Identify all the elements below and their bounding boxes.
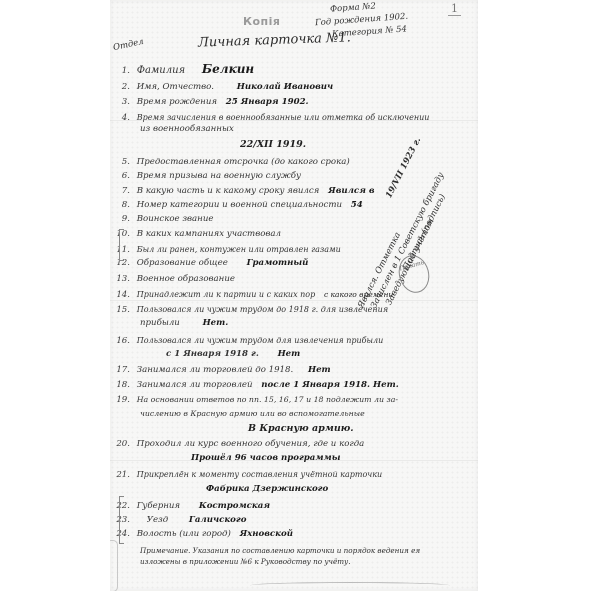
field-answer: Нет. bbox=[203, 318, 229, 328]
field-number: 15. bbox=[110, 305, 130, 316]
field-number: 13. bbox=[110, 274, 130, 285]
field-row-16: 16. Пользовался ли чужим трудом для извл… bbox=[110, 335, 478, 347]
field-answer: Белкин bbox=[202, 62, 254, 76]
field-answer: Костромская bbox=[199, 501, 270, 511]
field-answer: Нет bbox=[308, 365, 331, 375]
field-answer: Фабрика Дзержинского bbox=[206, 484, 328, 494]
field-answer: Грамотный bbox=[247, 258, 309, 268]
field-row-20-answer: Прошёл 96 часов программы bbox=[110, 453, 478, 464]
field-number: 5. bbox=[110, 157, 130, 168]
field-number: 4. bbox=[110, 113, 130, 124]
field-row-3: 3. Время рождения 25 Января 1902. bbox=[110, 97, 478, 108]
page-corner-number: 1 bbox=[448, 2, 461, 16]
field-number: 1. bbox=[110, 66, 130, 77]
field-answer: Явился в bbox=[328, 186, 374, 196]
field-number: 2. bbox=[110, 82, 130, 93]
document-title: Личная карточка №1. bbox=[198, 30, 351, 50]
field-question: Проходил ли курс военного обучения, где … bbox=[137, 439, 365, 449]
field-question: Принадлежит ли к партии и с каких пор bbox=[137, 290, 316, 299]
field-question: Занимался ли торговлей до 1918. bbox=[137, 365, 294, 375]
field-row-4: 4. Время зачисления в военнообязанные ил… bbox=[110, 112, 478, 124]
header-note-form: Форма №2 bbox=[330, 1, 376, 14]
field-question: Военное образование bbox=[137, 274, 235, 284]
field-question: Время рождения bbox=[137, 97, 217, 107]
field-question: Время призыва на военную службу bbox=[137, 171, 301, 181]
field-question: Пользовался ли чужим трудом до 1918 г. д… bbox=[137, 305, 388, 314]
field-number: 18. bbox=[110, 380, 130, 391]
field-question: Фамилия bbox=[137, 65, 185, 76]
field-row-15-continuation: прибыли Нет. bbox=[110, 318, 478, 329]
field-question: На основании ответов по пп. 15, 16, 17 и… bbox=[137, 395, 398, 404]
field-question: Прикреплён к моменту составления учётной… bbox=[137, 470, 382, 479]
field-number: 16. bbox=[110, 336, 130, 347]
field-question: Номер категории и военной специальности bbox=[137, 200, 342, 210]
field-row-17: 17. Занимался ли торговлей до 1918. Нет bbox=[110, 365, 478, 376]
field-number: 7. bbox=[110, 186, 130, 197]
field-row-6: 6. Время призыва на военную службу bbox=[110, 171, 478, 182]
field-answer: Николай Иванович bbox=[237, 82, 333, 92]
field-row-15: 15. Пользовался ли чужим трудом до 1918 … bbox=[110, 304, 478, 316]
scanned-document-page: Копія 1 Форма №2 Год рождения 1902. Кате… bbox=[110, 0, 478, 591]
field-answer: Яхновской bbox=[240, 529, 293, 539]
field-question-continuation: числению в Красную армию или во вспомога… bbox=[140, 409, 365, 418]
field-answer: 25 Января 1902. bbox=[226, 97, 309, 107]
field-number: 3. bbox=[110, 97, 130, 108]
field-row-23: 23. Уезд Галичского bbox=[110, 515, 478, 526]
field-row-4-continuation: из военнообязанных bbox=[110, 124, 478, 135]
field-row-2: 2. Имя, Отчество. Николай Иванович bbox=[110, 82, 478, 93]
field-question: Воинское звание bbox=[137, 214, 214, 224]
field-question: Имя, Отчество. bbox=[137, 82, 214, 92]
field-question: Губерния bbox=[137, 501, 180, 511]
field-row-14: 14. Принадлежит ли к партии и с каких по… bbox=[110, 289, 478, 301]
field-row-20: 20. Проходил ли курс военного обучения, … bbox=[110, 439, 478, 450]
field-number: 17. bbox=[110, 365, 130, 376]
field-question: Был ли ранен, контужен или отравлен газа… bbox=[137, 245, 341, 254]
field-answer: Прошёл 96 часов программы bbox=[191, 453, 340, 463]
copy-stamp: Копія bbox=[243, 15, 280, 28]
field-question: Уезд bbox=[147, 515, 168, 525]
field-answer-4: 22/XII 1919. bbox=[240, 139, 306, 150]
bottom-scribble bbox=[250, 582, 450, 589]
field-answer: после 1 Января 1918. Нет. bbox=[261, 380, 398, 390]
margin-bracket bbox=[119, 229, 124, 261]
field-row-24: 24. Волость (или город) Яхновской bbox=[110, 529, 478, 540]
field-question-continuation: прибыли bbox=[140, 318, 180, 328]
field-answer: 54 bbox=[351, 200, 363, 210]
field-row-19-continuation: числению в Красную армию или во вспомога… bbox=[110, 408, 478, 420]
field-answer-19: В Красную армию. bbox=[248, 423, 354, 434]
field-question: В какую часть и к какому сроку явился bbox=[137, 186, 320, 196]
field-row-18: 18. Занимался ли торговлей после 1 Январ… bbox=[110, 380, 478, 391]
field-question: В каких кампаниях участвовал bbox=[137, 229, 281, 239]
field-answer: Нет bbox=[278, 349, 301, 359]
field-question: Предоставленная отсрочка (до какого срок… bbox=[137, 157, 350, 167]
field-row-7: 7. В какую часть и к какому сроку явился… bbox=[110, 186, 478, 197]
field-number: 6. bbox=[110, 171, 130, 182]
field-row-21: 21. Прикреплён к моменту составления учё… bbox=[110, 469, 478, 481]
field-answer: Галичского bbox=[189, 515, 247, 525]
field-row-22: 22. Губерния Костромская bbox=[110, 501, 478, 512]
field-question: Волость (или город) bbox=[137, 529, 231, 539]
field-number: 20. bbox=[110, 439, 130, 450]
field-question: Образование общее bbox=[137, 258, 228, 268]
field-row-16-continuation: с 1 Января 1918 г. Нет bbox=[110, 349, 478, 360]
paper-clip-mark bbox=[110, 540, 118, 591]
margin-bracket bbox=[119, 496, 124, 544]
field-number: 21. bbox=[110, 470, 130, 481]
field-row-1: 1. Фамилия Белкин bbox=[110, 64, 478, 77]
field-question: Пользовался ли чужим трудом для извлечен… bbox=[137, 336, 384, 345]
field-question: Занимался ли торговлей bbox=[137, 380, 253, 390]
field-number: 9. bbox=[110, 214, 130, 225]
field-number: 8. bbox=[110, 200, 130, 211]
footnote-remark: Примечание. Указания по составлению карт… bbox=[140, 545, 460, 567]
field-row-5: 5. Предоставленная отсрочка (до какого с… bbox=[110, 157, 478, 168]
field-row-19: 19. На основании ответов по пп. 15, 16, … bbox=[110, 394, 478, 406]
field-question-continuation: с 1 Января 1918 г. bbox=[166, 349, 259, 359]
field-number: 14. bbox=[110, 290, 130, 301]
field-question-continuation: из военнообязанных bbox=[140, 124, 234, 134]
field-question: Время зачисления в военнообязанные или о… bbox=[137, 113, 430, 122]
field-number: 19. bbox=[110, 395, 130, 406]
field-row-21-answer: Фабрика Дзержинского bbox=[110, 484, 478, 495]
department-label: Отдел bbox=[112, 37, 144, 53]
